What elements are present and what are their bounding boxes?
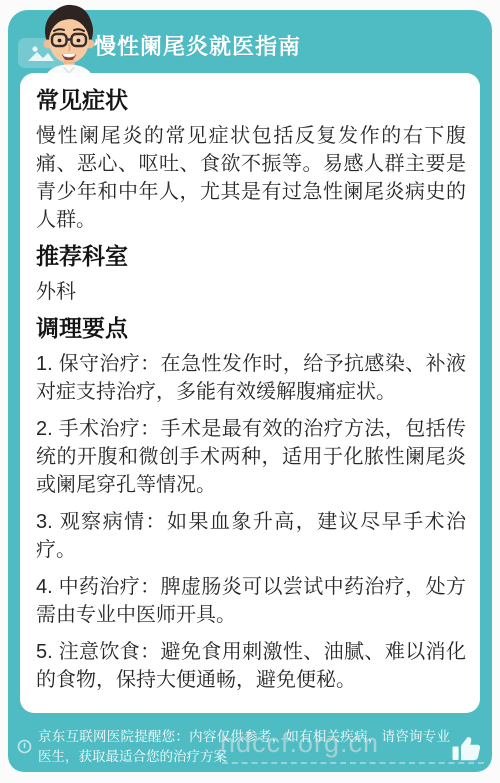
care-point-4: 4. 中药治疗：脾虚肠炎可以尝试中药治疗，处方需由专业中医师开具。 — [36, 573, 466, 629]
section-heading-department: 推荐科室 — [36, 243, 466, 269]
info-circle-icon — [17, 739, 32, 754]
disclaimer-text: 京东互联网医院提醒您：内容仅供参考，如有相关疾病，请咨询专业医生，获取最适合您的… — [38, 727, 450, 767]
care-point-2: 2. 手术治疗：手术是最有效的治疗方法，包括传统的开腹和微创手术两种，适用于化脓… — [36, 415, 466, 499]
section-heading-symptoms: 常见症状 — [36, 87, 466, 113]
care-point-1: 1. 保守治疗：在急性发作时，给予抗感染、补液对症支持治疗，多能有效缓解腹痛症状… — [36, 350, 466, 406]
care-point-3: 3. 观察病情：如果血象升高，建议尽早手术治疗。 — [36, 508, 466, 564]
department-value: 外科 — [36, 278, 466, 306]
symptoms-paragraph: 慢性阑尾炎的常见症状包括反复发作的右下腹痛、恶心、呕吐、食欲不振等。易感人群主要… — [36, 122, 466, 234]
section-heading-care-points: 调理要点 — [36, 315, 466, 341]
content-card: 常见症状 慢性阑尾炎的常见症状包括反复发作的右下腹痛、恶心、呕吐、食欲不振等。易… — [20, 73, 480, 713]
care-point-5: 5. 注意饮食：避免食用刺激性、油腻、难以消化的食物，保持大便通畅，避免便秘。 — [36, 638, 466, 694]
guide-card: 慢性阑尾炎就医指南 常见症状 慢性阑尾炎的常见症状包括反复发作的右下腹痛、恶心、… — [8, 10, 492, 772]
page-title: 慢性阑尾炎就医指南 — [94, 30, 301, 61]
thumbs-up-icon[interactable] — [449, 732, 483, 766]
footer: 京东互联网医院提醒您：内容仅供参考，如有相关疾病，请咨询专业医生，获取最适合您的… — [8, 713, 492, 772]
